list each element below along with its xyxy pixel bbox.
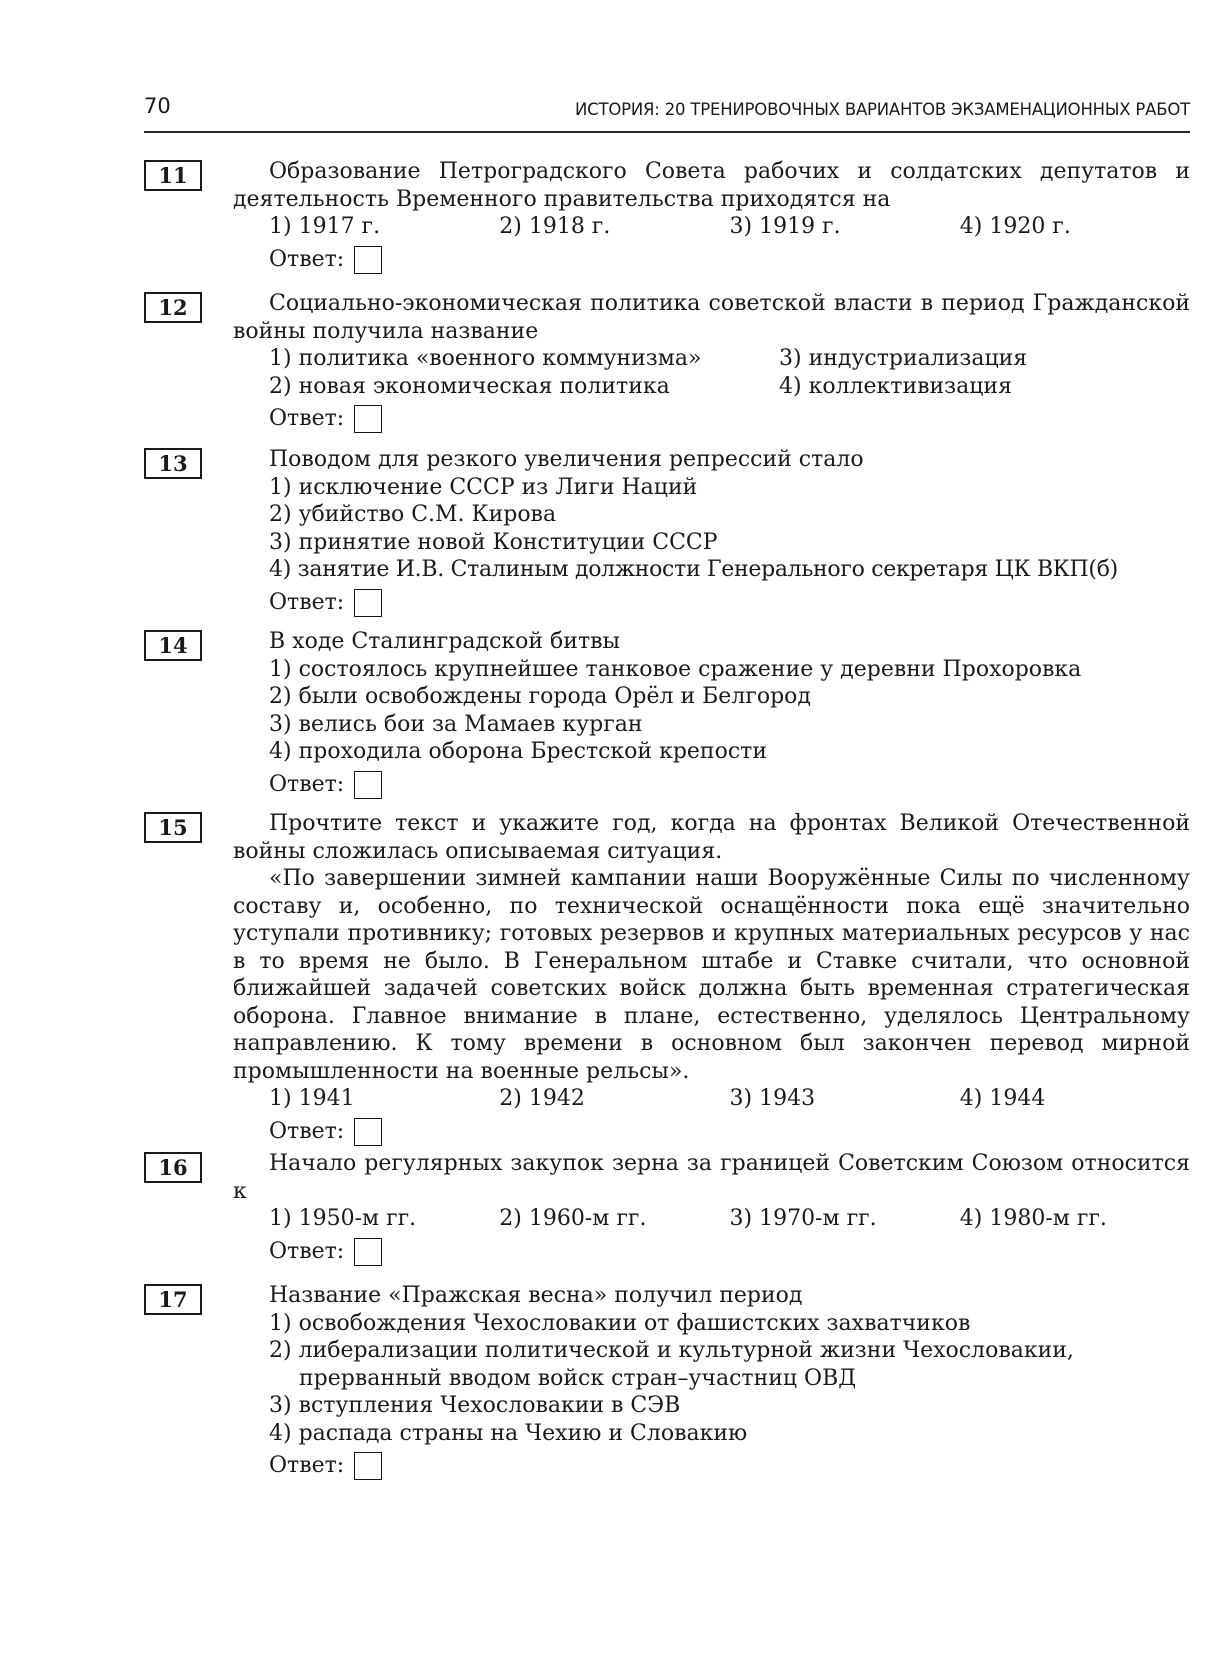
option: 2) 1960-м гг. (499, 1205, 729, 1233)
option: 1) исключение СССР из Лиги Наций (269, 474, 1190, 502)
page-header: 70 ИСТОРИЯ: 20 ТРЕНИРОВОЧНЫХ ВАРИАНТОВ Э… (144, 92, 1190, 132)
question-text: Поводом для резкого увеличения репрессий… (233, 446, 1190, 474)
option: 1) 1950-м гг. (269, 1205, 499, 1233)
task-number: 12 (144, 292, 202, 323)
option: 1) 1941 (269, 1085, 499, 1113)
answer-box[interactable] (354, 771, 382, 799)
option: 2) новая экономическая политика (269, 373, 779, 401)
page-number: 70 (144, 94, 171, 118)
answer-label: Ответ: (269, 1118, 344, 1146)
option: 4) 1944 (960, 1085, 1190, 1113)
option: 2) 1942 (499, 1085, 729, 1113)
option: 2) 1918 г. (499, 213, 729, 241)
answer-box[interactable] (354, 1118, 382, 1146)
answer-box[interactable] (354, 405, 382, 433)
question-text: Начало регулярных закупок зерна за грани… (233, 1150, 1190, 1205)
answer-box[interactable] (354, 589, 382, 617)
task-number: 17 (144, 1284, 202, 1315)
answer-box[interactable] (354, 246, 382, 274)
option: 2) убийство С.М. Кирова (269, 501, 1190, 529)
option: 2) либерализации политической и культурн… (269, 1337, 1190, 1392)
option: 3) 1970-м гг. (730, 1205, 960, 1233)
answer-box[interactable] (354, 1452, 382, 1480)
option: 4) проходила оборона Брестской крепости (269, 738, 1190, 766)
answer-label: Ответ: (269, 1452, 344, 1480)
task-number: 13 (144, 448, 202, 479)
option: 3) велись бои за Мамаев курган (269, 711, 1190, 739)
option: 1) 1917 г. (269, 213, 499, 241)
option: 3) принятие новой Конституции СССР (269, 529, 1190, 557)
task-number: 15 (144, 812, 202, 843)
task-number: 14 (144, 630, 202, 661)
option: 3) 1919 г. (730, 213, 960, 241)
question-text: Прочтите текст и укажите год, когда на ф… (233, 810, 1190, 865)
option: 4) занятие И.В. Сталиным должности Генер… (269, 556, 1190, 584)
option: 1) политика «военного коммунизма» (269, 345, 779, 373)
option: 4) распада страны на Чехию и Словакию (269, 1420, 1190, 1448)
question-text: Образование Петроградского Совета рабочи… (233, 158, 1190, 213)
option: 3) 1943 (730, 1085, 960, 1113)
answer-label: Ответ: (269, 589, 344, 617)
quoted-passage: «По завершении зимней кампании наши Воор… (233, 865, 1190, 1085)
option: 4) 1920 г. (960, 213, 1190, 241)
question-text: Социально-экономическая политика советск… (233, 290, 1190, 345)
option: 3) индустриализация (779, 345, 1190, 373)
answer-label: Ответ: (269, 246, 344, 274)
option: 3) вступления Чехословакии в СЭВ (269, 1392, 1190, 1420)
answer-label: Ответ: (269, 1238, 344, 1266)
answer-label: Ответ: (269, 771, 344, 799)
option: 2) были освобождены города Орёл и Белгор… (269, 683, 1190, 711)
task-number: 16 (144, 1152, 202, 1183)
answer-box[interactable] (354, 1238, 382, 1266)
option: 1) освобождения Чехословакии от фашистск… (269, 1310, 1190, 1338)
option: 4) коллективизация (779, 373, 1190, 401)
answer-label: Ответ: (269, 405, 344, 433)
option: 4) 1980-м гг. (960, 1205, 1190, 1233)
option: 1) состоялось крупнейшее танковое сражен… (269, 656, 1190, 684)
task-number: 11 (144, 160, 202, 191)
question-text: Название «Пражская весна» получил период (233, 1282, 1190, 1310)
header-rule (144, 131, 1190, 133)
running-title: ИСТОРИЯ: 20 ТРЕНИРОВОЧНЫХ ВАРИАНТОВ ЭКЗА… (575, 100, 1190, 119)
question-text: В ходе Сталинградской битвы (233, 628, 1190, 656)
